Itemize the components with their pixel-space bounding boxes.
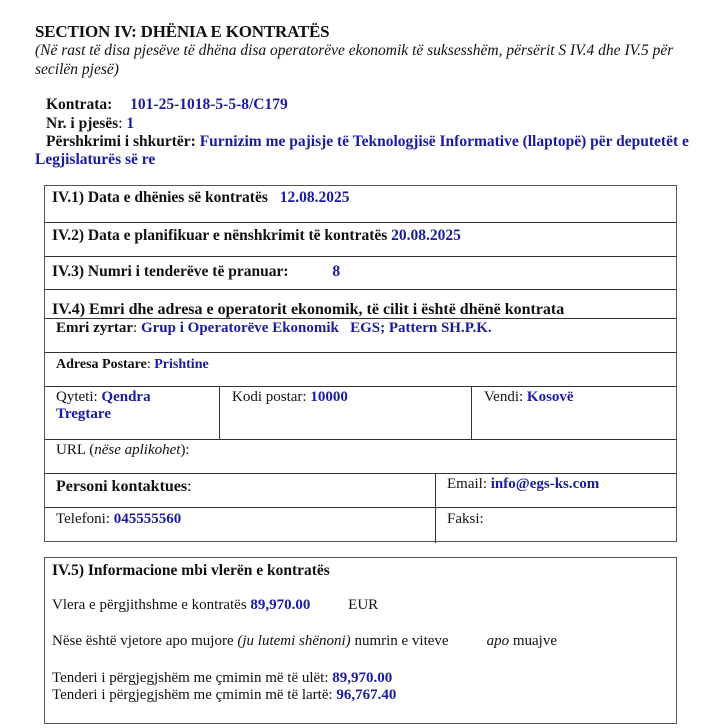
url-note: nëse aplikohet [94, 442, 180, 458]
iv2-label: IV.2) Data e planifikuar e nënshkrimit t… [52, 227, 387, 244]
pershkrimi-value: Furnizim me pajisje të Teknologjisë Info… [200, 133, 689, 150]
kodi-value: 10000 [310, 389, 348, 405]
iv2-value: 20.08.2025 [391, 227, 461, 244]
vjetore-row: Nëse është vjetore apo mujore (ju lutemi… [52, 633, 557, 650]
faksi-label: Faksi: [447, 511, 484, 527]
vjetore-text-2: numrin e viteve [351, 633, 449, 649]
divider [45, 352, 676, 353]
url-label-end: ): [180, 442, 189, 458]
iv3-value: 8 [332, 263, 340, 280]
kontrata-value: 101-25-1018-5-5-8/C179 [130, 96, 288, 113]
iv3-label: IV.3) Numri i tenderëve të pranuar: [52, 263, 288, 280]
iv5-label: IV.5) Informacione mbi vlerën e kontratë… [52, 562, 330, 579]
qyteti-label: Qyteti: [56, 389, 98, 405]
larte-row: Tenderi i përgjegjshëm me çmimin më të l… [52, 687, 396, 704]
currency: EUR [348, 597, 378, 613]
vendi-cell: Vendi: Kosovë [484, 389, 574, 406]
ulet-label: Tenderi i përgjegjshëm me çmimin më të u… [52, 670, 329, 686]
divider [45, 507, 676, 508]
ulet-row: Tenderi i përgjegjshëm me çmimin më të u… [52, 670, 392, 687]
iv2-row: IV.2) Data e planifikuar e nënshkrimit t… [52, 227, 461, 244]
vlera-label: Vlera e përgjithshme e kontratës [52, 597, 247, 613]
apo-text: apo [487, 633, 510, 649]
divider [45, 473, 676, 474]
larte-label: Tenderi i përgjegjshëm me çmimin më të l… [52, 687, 333, 703]
qyteti-value-cont: Tregtare [56, 406, 111, 422]
personi-colon: : [187, 478, 191, 495]
url-row: URL (nëse aplikohet): [56, 442, 190, 459]
iv1-value: 12.08.2025 [280, 189, 350, 206]
section-iv-table: IV.1) Data e dhënies së kontratës 12.08.… [44, 185, 677, 542]
email-cell: Email: info@egs-ks.com [447, 476, 599, 493]
emri-label: Emri zyrtar [56, 320, 133, 336]
emri-row: Emri zyrtar: Grup i Operatorëve Ekonomik… [56, 320, 492, 337]
kontrata-label: Kontrata: [46, 96, 112, 113]
qyteti-cell: Qyteti: Qendra Tregtare [56, 389, 151, 423]
iv1-row: IV.1) Data e dhënies së kontratës 12.08.… [52, 189, 349, 206]
divider [471, 386, 472, 439]
iv3-row: IV.3) Numri i tenderëve të pranuar: 8 [52, 263, 340, 280]
email-label: Email: [447, 476, 487, 492]
section-title: SECTION IV: DHËNIA E KONTRATËS [35, 22, 329, 42]
qyteti-value: Qendra [101, 389, 150, 405]
email-value: info@egs-ks.com [491, 476, 600, 492]
pjesa-colon: : [118, 115, 122, 132]
divider [45, 318, 676, 319]
emri-value: Grup i Operatorëve Ekonomik EGS; Pattern… [141, 320, 492, 336]
divider [45, 289, 676, 290]
pjesa-line: Nr. i pjesës: 1 [46, 115, 134, 133]
vjetore-note: (ju lutemi shënoni) [237, 633, 350, 649]
divider [45, 386, 676, 387]
divider [45, 439, 676, 440]
vlera-value: 89,970.00 [250, 597, 310, 613]
adresa-label: Adresa Postare [56, 357, 147, 372]
telefoni-cell: Telefoni: 045555560 [56, 511, 181, 528]
vjetore-text: Nëse është vjetore apo mujore [52, 633, 237, 649]
telefoni-value: 045555560 [114, 511, 182, 527]
iv5-box: IV.5) Informacione mbi vlerën e kontratë… [44, 557, 677, 724]
pershkrimi-label: Përshkrimi i shkurtër: [46, 133, 196, 150]
telefoni-label: Telefoni: [56, 511, 110, 527]
pershkrimi-value-cont: Legjislaturës së re [35, 151, 155, 169]
iv4-label: IV.4) Emri dhe adresa e operatorit ekono… [52, 301, 564, 318]
pershkrimi-line: Përshkrimi i shkurtër: Furnizim me pajis… [46, 133, 689, 151]
personi-cell: Personi kontaktues: [56, 478, 192, 495]
kontrata-line: Kontrata: 101-25-1018-5-5-8/C179 [46, 96, 288, 114]
larte-value: 96,767.40 [336, 687, 396, 703]
divider [45, 256, 676, 257]
vlera-row: Vlera e përgjithshme e kontratës 89,970.… [52, 597, 378, 614]
iv1-label: IV.1) Data e dhënies së kontratës [52, 189, 268, 206]
personi-label: Personi kontaktues [56, 478, 187, 495]
pjesa-value: 1 [126, 115, 134, 132]
muajve-text: muajve [509, 633, 557, 649]
url-label: URL ( [56, 442, 94, 458]
divider [435, 473, 436, 543]
section-note: (Në rast të disa pjesëve të dhëna disa o… [35, 41, 715, 79]
adresa-row: Adresa Postare: Prishtine [56, 356, 209, 373]
vendi-label: Vendi: [484, 389, 523, 405]
divider [45, 222, 676, 223]
kodi-label: Kodi postar: [232, 389, 307, 405]
kodi-cell: Kodi postar: 10000 [232, 389, 348, 406]
adresa-value: Prishtine [154, 357, 208, 372]
vendi-value: Kosovë [527, 389, 574, 405]
pjesa-label: Nr. i pjesës [46, 115, 118, 132]
ulet-value: 89,970.00 [332, 670, 392, 686]
divider [219, 386, 220, 439]
faksi-cell: Faksi: [447, 511, 484, 528]
